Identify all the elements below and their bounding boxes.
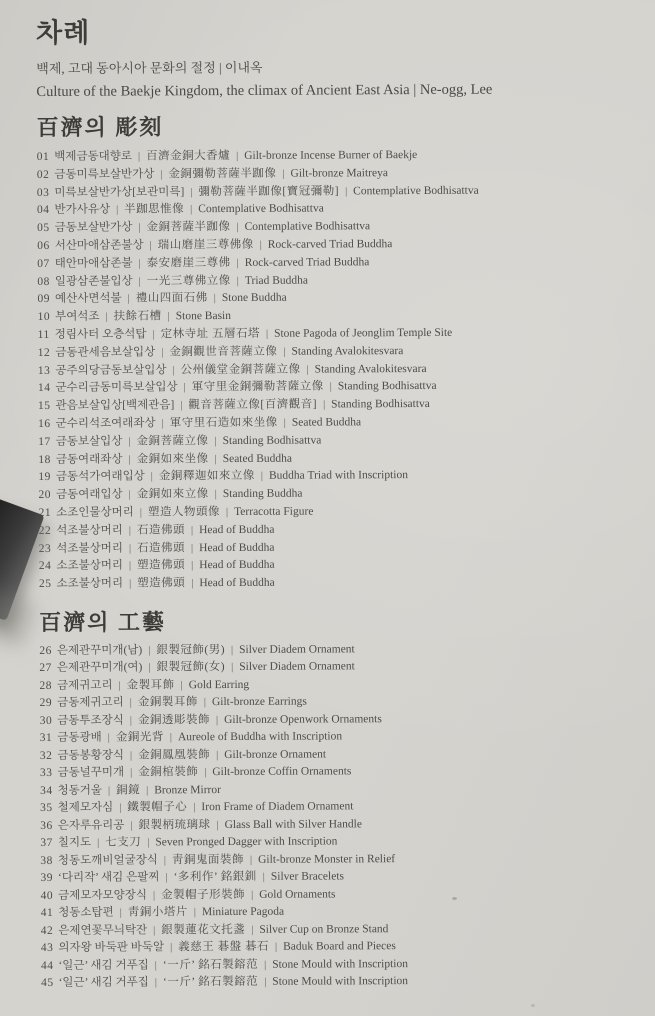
separator-bar: | [155, 960, 157, 971]
separator-bar: | [138, 151, 140, 162]
item-title-hanja: 靑銅小塔片 [128, 907, 188, 919]
item-number: 08 [37, 276, 50, 288]
item-title-korean: 정림사터 오층석탑 [55, 328, 147, 340]
item-title-english: Gold Earring [189, 679, 249, 691]
item-number: 26 [39, 645, 52, 657]
separator-bar: | [191, 543, 193, 554]
item-title-english: Gilt-bronze Openwork Ornaments [224, 713, 382, 726]
separator-bar: | [330, 382, 332, 393]
item-number: 29 [40, 697, 53, 709]
page-title: 차례 [36, 15, 639, 48]
item-title-hanja: 銅鏡 [116, 784, 140, 796]
item-title-english: Silver Diadem Ornament [239, 643, 355, 656]
item-title-korean: 미륵보살반가상[보관미륵] [54, 186, 184, 199]
separator-bar: | [191, 561, 193, 572]
item-number: 18 [38, 453, 51, 465]
separator-bar: | [261, 471, 263, 482]
separator-bar: | [139, 258, 141, 269]
item-title-korean: 금동관세음보살입상 [55, 346, 155, 359]
separator-bar: | [216, 820, 218, 831]
separator-bar: | [323, 400, 325, 411]
separator-bar: | [116, 205, 118, 216]
book-page-photo: 차례 백제, 고대 동아시아 문화의 절정 | 이내옥 Culture of t… [0, 0, 655, 1016]
item-number: 32 [40, 750, 53, 762]
item-title-hanja: 鐵製帽子心 [127, 802, 187, 814]
item-title-korean: 청동도깨비얼굴장식 [58, 854, 158, 867]
item-title-english: Seven Pronged Dagger with Inscription [155, 836, 337, 849]
table-of-contents-page: 차례 백제, 고대 동아시아 문화의 절정 | 이내옥 Culture of t… [36, 15, 644, 993]
item-title-hanja: ‘一斤’ 銘石製鎔范 [163, 959, 258, 971]
separator-bar: | [226, 507, 228, 518]
item-title-english: Terracotta Figure [234, 505, 313, 517]
item-title-korean: 금제모자모양장식 [58, 889, 147, 901]
item-number: 09 [37, 293, 50, 305]
item-title-hanja: 金銅如來坐像 [137, 453, 209, 465]
item-title-english: Standing Buddha [223, 488, 303, 500]
item-title-korean: 군수리석조여래좌상 [56, 417, 156, 430]
separator-bar: | [237, 276, 239, 287]
item-title-hanja: 金銅菩薩立像 [136, 435, 208, 447]
item-title-korean: 소조불상머리 [56, 560, 123, 572]
item-title-korean: 군수리금동미륵보살입상 [55, 382, 177, 395]
item-title-english: Contemplative Bodhisattva [245, 220, 371, 233]
separator-bar: | [128, 294, 130, 305]
separator-bar: | [139, 276, 141, 287]
section-heading-crafts: 百濟의 工藝 [39, 606, 642, 637]
item-title-english: Gilt-bronze Earrings [212, 696, 307, 708]
item-title-english: Seated Buddha [292, 416, 361, 428]
item-title-hanja: ‘多利作’ 銘銀釧 [174, 871, 257, 883]
separator-bar: | [129, 543, 131, 554]
item-number: 04 [37, 204, 50, 216]
separator-bar: | [130, 750, 132, 761]
item-title-english: Standing Avalokitesvara [315, 363, 427, 376]
item-title-english: Standing Bodhisattva [223, 434, 322, 447]
item-title-hanja: 金銅透彫裝飾 [138, 714, 210, 726]
separator-bar: | [172, 365, 174, 376]
separator-bar: | [119, 680, 121, 691]
item-title-hanja: 觀音菩薩立像[百濟觀音] [188, 399, 317, 412]
item-title-english: Gilt-bronze Ornament [224, 748, 326, 761]
separator-bar: | [148, 663, 150, 674]
item-title-korean: 석조불상머리 [56, 524, 123, 536]
item-number: 01 [37, 151, 50, 163]
separator-bar: | [128, 454, 130, 465]
item-title-hanja: 塑造人物頭像 [148, 506, 220, 518]
toc-list-sculpture: 01백제금동대향로|百濟金銅大香爐|Gilt-bronze Incense Bu… [37, 146, 642, 594]
item-title-hanja: ‘一斤’ 銘石製鎔范 [163, 976, 258, 988]
separator-bar: | [181, 680, 183, 691]
separator-bar: | [138, 223, 140, 234]
item-title-hanja: 塑造佛頭 [137, 560, 185, 572]
item-number: 30 [40, 715, 53, 727]
item-title-english: Stone Buddha [222, 292, 287, 304]
item-number: 24 [39, 560, 52, 572]
separator-bar: | [275, 942, 277, 953]
item-title-korean: ‘다리작’ 새김 은팔찌 [58, 872, 159, 885]
item-number: 27 [39, 662, 52, 674]
item-number: 07 [37, 258, 50, 270]
item-title-hanja: 義慈王 碁盤 碁石 [178, 941, 269, 953]
item-title-korean: 철제모자심 [58, 802, 114, 814]
item-title-korean: 소조인물상머리 [56, 506, 134, 518]
item-number: 02 [37, 169, 50, 181]
separator-bar: | [266, 329, 268, 340]
item-title-english: Gilt-bronze Incense Burner of Baekje [244, 149, 417, 162]
item-title-hanja: 禮山四面石佛 [136, 292, 208, 304]
item-number: 05 [37, 222, 50, 234]
dust-speck [452, 897, 457, 900]
item-title-english: Gold Ornaments [259, 888, 335, 900]
item-title-english: Aureole of Buddha with Inscription [178, 731, 342, 744]
toc-list-crafts: 26은제관꾸미개(남)|銀製冠飾(男)|Silver Diadem Orname… [39, 640, 644, 993]
item-title-hanja: 百濟金銅大香爐 [146, 150, 230, 162]
dust-speck [531, 1004, 535, 1007]
separator-bar: | [108, 786, 110, 797]
item-title-korean: 석조불상머리 [56, 542, 123, 554]
item-title-hanja: 金製帽子形裝飾 [161, 889, 245, 901]
item-title-korean: 금제귀고리 [57, 680, 113, 692]
item-title-english: Contemplative Bodhisattva [198, 203, 324, 216]
item-number: 11 [38, 329, 50, 341]
item-title-korean: 관음보살입상[백제관음] [56, 399, 175, 412]
item-title-hanja: 金銅鳳凰裝飾 [138, 749, 210, 761]
item-title-korean: 금동석가여래입상 [56, 471, 145, 483]
item-title-hanja: 金銅釋迦如來立像 [159, 470, 255, 483]
item-title-hanja: 銀製冠飾(男) [156, 644, 225, 656]
separator-bar: | [164, 855, 166, 866]
subtitle-english: Culture of the Baekje Kingdom, the clima… [36, 80, 639, 101]
toc-item: 25소조불상머리|塑造佛頭|Head of Buddha [39, 573, 642, 594]
separator-bar: | [129, 561, 131, 572]
item-title-korean: 은제연꽃무늬탁잔 [58, 924, 147, 936]
item-number: 37 [40, 837, 53, 849]
item-title-hanja: 塑造佛頭 [137, 577, 185, 589]
item-title-hanja: 瑞山磨崖三尊佛像 [158, 239, 254, 252]
item-title-hanja: 金銅光背 [116, 732, 164, 744]
item-title-english: Head of Buddha [199, 559, 274, 571]
item-title-english: Stone Mould with Inscription [272, 975, 408, 988]
item-title-hanja: 軍守里金銅彌勒菩薩立像 [192, 381, 324, 394]
subtitle-korean: 백제, 고대 동아시아 문화의 절정 | 이내옥 [36, 58, 639, 77]
separator-bar: | [236, 222, 238, 233]
item-title-korean: 금동보살반가상 [55, 222, 133, 234]
item-title-korean: ‘일근’ 새김 거푸집 [58, 959, 148, 971]
item-title-english: Silver Cup on Bronze Stand [259, 923, 388, 936]
separator-bar: | [130, 768, 132, 779]
separator-bar: | [190, 187, 192, 198]
item-number: 16 [38, 418, 51, 430]
item-title-hanja: 金銅棺裝飾 [138, 767, 198, 779]
item-title-english: Gilt-bronze Coffin Ornaments [212, 766, 351, 779]
section-heading-sculpture: 百濟의 彫刻 [37, 111, 640, 142]
item-number: 03 [37, 187, 50, 199]
item-title-english: Buddha Triad with Inscription [269, 469, 408, 482]
separator-bar: | [119, 803, 121, 814]
separator-bar: | [236, 151, 238, 162]
item-title-english: Contemplative Bodhisattva [353, 184, 479, 197]
item-title-english: Stone Pagoda of Jeonglim Temple Site [274, 327, 452, 340]
item-title-korean: ‘일근’ 새김 거푸집 [59, 977, 149, 989]
separator-bar: | [216, 750, 218, 761]
separator-bar: | [251, 890, 253, 901]
separator-bar: | [146, 785, 148, 796]
item-title-hanja: 軍守里石造如來坐像 [170, 417, 278, 430]
separator-bar: | [214, 293, 216, 304]
separator-bar: | [170, 733, 172, 744]
separator-bar: | [155, 978, 157, 989]
toc-item: 45‘일근’ 새김 거푸집|‘一斤’ 銘石製鎔范|Stone Mould wit… [41, 972, 644, 993]
separator-bar: | [130, 698, 132, 709]
separator-bar: | [307, 364, 309, 375]
item-number: 13 [38, 364, 51, 376]
item-number: 15 [38, 400, 51, 412]
foreign-object-shadow [0, 590, 37, 648]
separator-bar: | [214, 436, 216, 447]
item-number: 38 [40, 855, 53, 867]
separator-bar: | [152, 329, 154, 340]
item-number: 39 [40, 872, 53, 884]
item-number: 28 [39, 680, 52, 692]
separator-bar: | [194, 908, 196, 919]
item-title-korean: 부여석조 [55, 311, 99, 323]
separator-bar: | [215, 489, 217, 500]
item-title-korean: 금동제귀고리 [57, 697, 124, 709]
separator-bar: | [129, 490, 131, 501]
separator-bar: | [160, 169, 162, 180]
item-title-korean: 은제관꾸미개(남) [57, 644, 142, 656]
section-sculpture: 百濟의 彫刻 01백제금동대향로|百濟金銅大香爐|Gilt-bronze Inc… [37, 111, 643, 594]
item-title-hanja: 金銅製耳飾 [138, 697, 198, 709]
item-title-hanja: 銀製冠飾(女) [156, 661, 225, 673]
item-title-hanja: 一光三尊佛立像 [147, 275, 231, 287]
item-title-korean: 금동봉황장식 [57, 749, 124, 761]
item-title-korean: 의자왕 바둑판 바둑알 [58, 942, 164, 955]
separator-bar: | [105, 312, 107, 323]
item-title-korean: 금동여래입상 [56, 489, 123, 501]
separator-bar: | [193, 803, 195, 814]
item-title-hanja: 彌勒菩薩半跏像[寶冠彌勒] [198, 185, 339, 198]
item-number: 35 [40, 802, 53, 814]
separator-bar: | [250, 855, 252, 866]
separator-bar: | [231, 645, 233, 656]
separator-bar: | [153, 925, 155, 936]
item-title-korean: 예산사면석불 [55, 293, 122, 305]
separator-bar: | [97, 838, 99, 849]
item-title-korean: 소조불상머리 [56, 578, 123, 590]
item-title-hanja: 七支刀 [105, 837, 141, 849]
item-title-hanja: 石造佛頭 [137, 542, 185, 554]
item-title-english: Head of Buddha [199, 577, 274, 589]
separator-bar: | [168, 311, 170, 322]
item-title-korean: 금동미륵보살반가상 [54, 168, 154, 181]
item-number: 33 [40, 767, 53, 779]
item-title-english: Triad Buddha [245, 274, 308, 286]
item-number: 45 [41, 977, 54, 989]
item-title-korean: 금동여래좌상 [56, 453, 123, 465]
item-number: 36 [40, 820, 53, 832]
item-title-english: Iron Frame of Diadem Ornament [201, 801, 353, 814]
separator-bar: | [148, 645, 150, 656]
item-title-hanja: 銀製蓮花文托盞 [161, 924, 245, 936]
separator-bar: | [161, 347, 163, 358]
item-title-hanja: 半跏思惟像 [124, 204, 184, 216]
item-title-english: Bronze Mirror [154, 784, 221, 796]
item-title-english: Baduk Board and Pieces [283, 941, 396, 954]
item-number: 31 [40, 732, 53, 744]
item-title-english: Silver Bracelets [271, 871, 344, 883]
item-number: 06 [37, 240, 50, 252]
separator-bar: | [153, 890, 155, 901]
separator-bar: | [191, 578, 193, 589]
item-title-english: Head of Buddha [199, 541, 274, 553]
separator-bar: | [130, 715, 132, 726]
separator-bar: | [151, 472, 153, 483]
separator-bar: | [237, 258, 239, 269]
separator-bar: | [283, 346, 285, 357]
separator-bar: | [204, 768, 206, 779]
separator-bar: | [140, 507, 142, 518]
separator-bar: | [263, 872, 265, 883]
item-title-hanja: 公州儀堂金銅菩薩立像 [181, 363, 301, 376]
item-title-english: Miniature Pagoda [202, 906, 284, 918]
item-title-korean: 금동광배 [57, 732, 101, 744]
item-title-korean: 서산마애삼존불상 [55, 239, 144, 251]
item-number: 20 [38, 489, 51, 501]
item-number: 44 [41, 960, 54, 972]
item-number: 23 [39, 542, 52, 554]
item-number: 42 [41, 925, 54, 937]
item-number: 12 [38, 347, 51, 359]
item-title-hanja: 金銅觀世音菩薩立像 [169, 346, 277, 359]
item-number: 34 [40, 785, 53, 797]
item-title-korean: 금동투조장식 [57, 714, 124, 726]
separator-bar: | [264, 977, 266, 988]
item-title-korean: 은제관꾸미개(여) [57, 662, 142, 674]
separator-bar: | [165, 873, 167, 884]
separator-bar: | [251, 925, 253, 936]
item-title-english: Gilt-bronze Monster in Relief [258, 853, 395, 866]
item-title-english: Glass Ball with Silver Handle [225, 818, 362, 831]
item-title-english: Stone Mould with Inscription [272, 958, 408, 971]
separator-bar: | [260, 240, 262, 251]
separator-bar: | [162, 418, 164, 429]
item-title-korean: 태안마애삼존불 [55, 257, 133, 269]
item-title-hanja: 靑銅鬼面裝飾 [172, 854, 244, 866]
item-title-english: Standing Bodhisattva [338, 380, 437, 393]
section-crafts: 百濟의 工藝 26은제관꾸미개(남)|銀製冠飾(男)|Silver Diadem… [39, 606, 644, 993]
item-title-korean: 백제금동대향로 [54, 150, 132, 162]
item-title-korean: 은자루유리공 [58, 819, 125, 831]
separator-bar: | [129, 525, 131, 536]
item-title-hanja: 定林寺址 五層石塔 [161, 328, 260, 341]
item-title-english: Seated Buddha [223, 452, 292, 464]
separator-bar: | [264, 960, 266, 971]
separator-bar: | [128, 436, 130, 447]
separator-bar: | [130, 820, 132, 831]
item-title-hanja: 金銅菩薩半跏像 [146, 221, 230, 233]
item-title-english: Stone Basin [176, 310, 231, 322]
item-number: 43 [41, 942, 54, 954]
separator-bar: | [191, 525, 193, 536]
separator-bar: | [231, 662, 233, 673]
item-title-korean: 공주의당금동보살입상 [55, 364, 166, 377]
item-number: 41 [41, 907, 54, 919]
item-title-hanja: 石造佛頭 [137, 524, 185, 536]
separator-bar: | [215, 454, 217, 465]
item-number: 17 [38, 436, 51, 448]
item-number: 19 [38, 471, 51, 483]
separator-bar: | [284, 418, 286, 429]
item-title-english: Standing Bodhisattva [331, 398, 430, 411]
separator-bar: | [129, 579, 131, 590]
separator-bar: | [345, 186, 347, 197]
item-number: 40 [41, 890, 54, 902]
separator-bar: | [190, 205, 192, 216]
item-title-english: Silver Diadem Ornament [239, 661, 355, 674]
item-title-hanja: 金銅彌勒菩薩半跏像 [168, 168, 276, 181]
separator-bar: | [184, 383, 186, 394]
item-title-english: Head of Buddha [199, 523, 274, 535]
item-title-korean: 칠지도 [58, 837, 91, 849]
item-title-korean: 금동보살입상 [56, 435, 123, 447]
item-title-hanja: 扶餘石槽 [114, 311, 162, 323]
item-title-korean: 일광삼존불입상 [55, 275, 133, 287]
item-title-english: Standing Avalokitesvara [291, 345, 403, 358]
separator-bar: | [282, 168, 284, 179]
item-title-english: Rock-carved Triad Buddha [268, 238, 393, 251]
item-number: 10 [38, 311, 51, 323]
item-title-hanja: 金銅如來立像 [137, 488, 209, 500]
separator-bar: | [180, 400, 182, 411]
item-title-english: Gilt-bronze Maitreya [290, 167, 387, 180]
item-title-korean: 청동거울 [58, 785, 102, 797]
separator-bar: | [120, 908, 122, 919]
item-title-korean: 청동소탑편 [58, 907, 114, 919]
item-title-korean: 반가사유상 [54, 204, 110, 216]
item-title-hanja: 泰安磨崖三尊佛 [147, 257, 231, 269]
separator-bar: | [204, 698, 206, 709]
separator-bar: | [150, 240, 152, 251]
item-title-hanja: 銀製柄琉璃球 [138, 819, 210, 831]
separator-bar: | [216, 715, 218, 726]
item-title-hanja: 金製耳飾 [127, 679, 175, 691]
item-title-english: Rock-carved Triad Buddha [245, 256, 370, 269]
item-number: 25 [39, 578, 52, 590]
separator-bar: | [108, 733, 110, 744]
separator-bar: | [147, 838, 149, 849]
separator-bar: | [170, 943, 172, 954]
item-title-korean: 금동널꾸미개 [57, 767, 124, 779]
item-number: 14 [38, 382, 51, 394]
